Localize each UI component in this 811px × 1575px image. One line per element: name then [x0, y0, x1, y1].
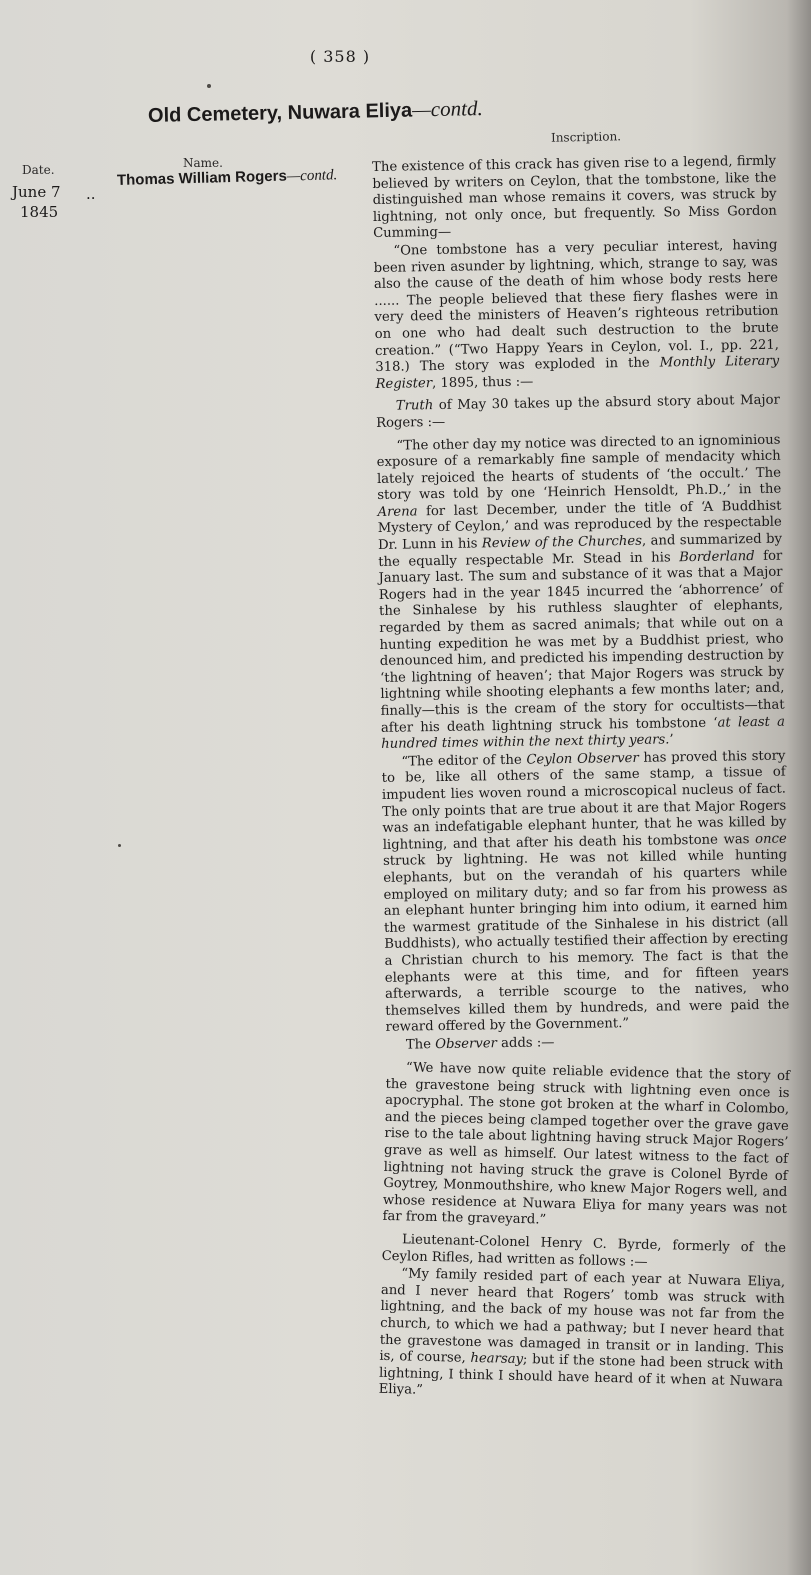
- page-title: Old Cemetery, Nuwara Eliya—contd.: [148, 96, 483, 128]
- text-span: ’: [669, 733, 673, 748]
- text-span: for January last. The sum and substance …: [378, 548, 784, 735]
- text-span: “The editor of the: [401, 752, 526, 769]
- inscription-paragraph: “One tombstone has a very peculiar inter…: [373, 238, 779, 394]
- italic-title: Ceylon Observer: [526, 751, 639, 768]
- text-span: adds :—: [497, 1035, 555, 1051]
- paper-speck: [207, 84, 211, 88]
- entry-name-text: Thomas William Rogers: [117, 168, 287, 189]
- entry-name-suffix: —contd.: [287, 167, 338, 184]
- inscription-paragraph: “The editor of the Ceylon Observer has p…: [381, 748, 789, 1036]
- entry-date-dots: ..: [86, 184, 96, 204]
- entry-date-year: 1845: [12, 202, 61, 222]
- column-header-name: Name.: [183, 156, 223, 170]
- column-header-inscription: Inscription.: [551, 129, 621, 144]
- text-span: of May 30 takes up the absurd story abou…: [376, 393, 780, 431]
- entry-date-day: June 7: [12, 182, 61, 202]
- title-suffix: —contd.: [412, 96, 483, 121]
- column-header-date: Date.: [22, 163, 55, 177]
- inscription-body: The existence of this crack has given ri…: [372, 154, 796, 1406]
- italic-word: once: [755, 831, 787, 846]
- text-span: , 1895, thus :—: [432, 374, 533, 391]
- inscription-paragraph: The existence of this crack has given ri…: [372, 154, 777, 243]
- italic-word: hearsay: [470, 1351, 523, 1367]
- inscription-lower-block: “We have now quite reliable evidence tha…: [378, 1060, 790, 1408]
- entry-name: Thomas William Rogers—contd.: [117, 166, 338, 190]
- entry-date: June 7 .. 1845: [12, 182, 61, 222]
- text-span: “My family resided part of each year at …: [379, 1267, 785, 1367]
- inscription-paragraph: “The other day my notice was directed to…: [376, 432, 785, 754]
- text-span: The: [406, 1037, 436, 1052]
- italic-title: Borderland: [679, 549, 755, 565]
- paper-speck: [118, 844, 121, 847]
- text-span: struck by lightning. He was not killed w…: [383, 848, 790, 1035]
- italic-title: Arena: [377, 504, 417, 520]
- inscription-paragraph: “We have now quite reliable evidence tha…: [382, 1060, 790, 1235]
- title-text: Old Cemetery, Nuwara Eliya: [148, 99, 413, 127]
- inscription-paragraph: “My family resided part of each year at …: [378, 1266, 785, 1408]
- italic-title: Observer: [435, 1036, 497, 1052]
- page-number: ( 358 ): [0, 47, 680, 66]
- text-span: “The other day my notice was directed to…: [377, 432, 782, 503]
- italic-title: Review of the Churches: [482, 534, 642, 552]
- inscription-paragraph: Truth of May 30 takes up the absurd stor…: [376, 393, 780, 433]
- italic-title: Truth: [396, 398, 434, 414]
